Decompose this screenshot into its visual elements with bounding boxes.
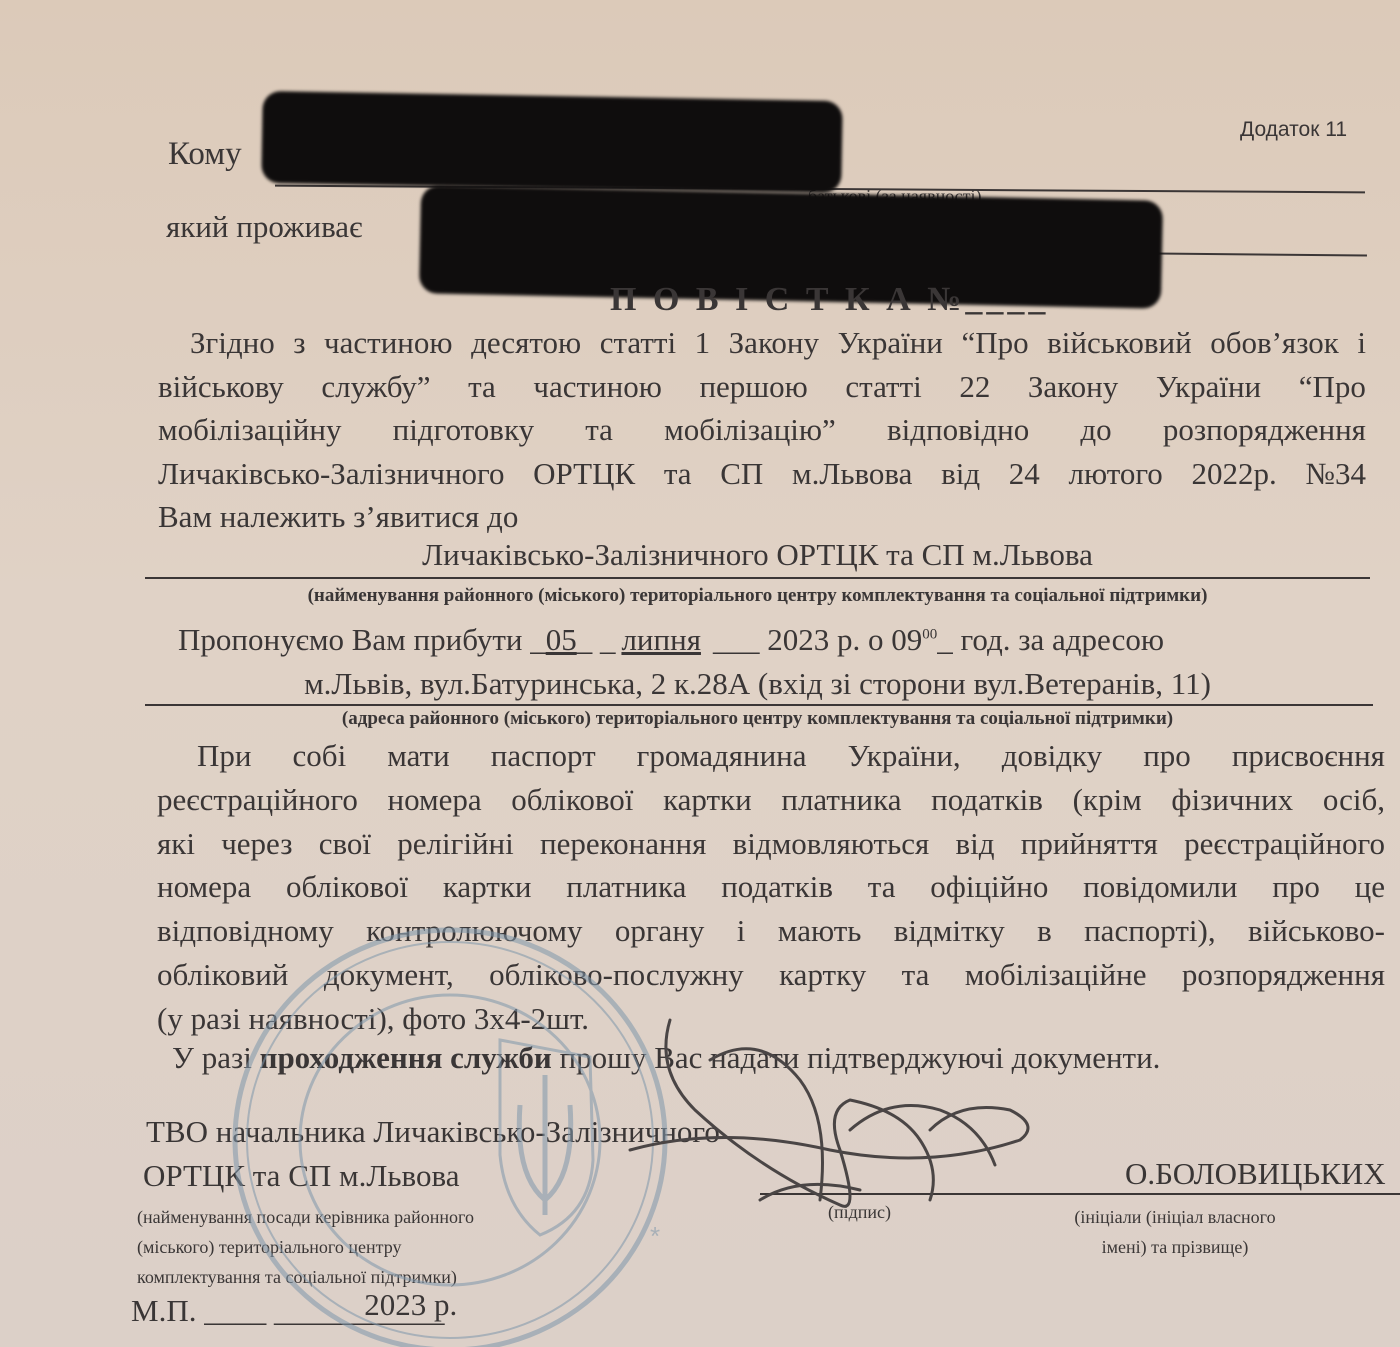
appointment-day: 05 (546, 622, 577, 657)
intro-line: Згіднозчастиноюдесятоюстатті1ЗаконуУкраї… (158, 321, 1366, 365)
signer-caption-line: імені) та прізвище) (1040, 1232, 1310, 1262)
intro-line: мобілізаційнупідготовкутамобілізацію”від… (158, 408, 1366, 452)
intro-line: військовуслужбу”тачастиноюпершоюстатті22… (158, 365, 1366, 409)
signature-scribble-icon (600, 1000, 1050, 1230)
center-name-line (145, 577, 1370, 579)
redaction-bar-name (261, 91, 843, 193)
appointment-address-line (145, 704, 1373, 706)
appointment-year: 2023 р. о (767, 622, 883, 657)
title-number: ____ (965, 281, 1049, 318)
center-name: Личаківсько-Залізничного ОРТЦК та СП м.Л… (145, 537, 1370, 573)
documents-line: якічерезсвоїрелігійніпереконаннявідмовля… (157, 822, 1385, 866)
signer-name: О.БОЛОВИЦЬКИХ (1125, 1156, 1386, 1192)
appointment-suffix: год. за адресою (960, 622, 1164, 657)
signer-name-caption: (ініціали (ініціал власного імені) та пр… (1040, 1202, 1310, 1262)
document-title: П О В І С Т К А №____ (610, 281, 1049, 319)
residence-label: який проживає (166, 209, 362, 245)
center-name-caption: (найменування районного (міського) терит… (145, 585, 1370, 607)
documents-line: ПрисобіматипаспортгромадянинаУкраїни,дов… (157, 734, 1385, 778)
appointment-hour: 09 (891, 622, 922, 657)
appendix-label: Додаток 11 (1240, 118, 1347, 142)
appointment-month: липня (615, 622, 713, 657)
documents-line: номераобліковоїкарткиплатникаподатківтао… (157, 865, 1385, 909)
appointment-address-caption: (адреса районного (міського) територіаль… (145, 708, 1370, 730)
intro-paragraph: Згіднозчастиноюдесятоюстатті1ЗаконуУкраї… (158, 321, 1366, 539)
appointment-prefix: Пропонуємо Вам прибути (178, 622, 522, 657)
title-text: П О В І С Т К А № (610, 281, 965, 318)
intro-line: Вам належить з’явитися до (158, 495, 1366, 539)
signer-caption-line: (ініціали (ініціал власного (1040, 1202, 1310, 1232)
appointment-line: Пропонуємо Вам прибути _05_ _липня___ 20… (178, 622, 1164, 658)
appointment-minutes: 00 (922, 627, 937, 643)
intro-line: Личаківсько-ЗалізничногоОРТЦКтаСПм.Львов… (158, 452, 1366, 496)
recipient-label: Кому (168, 136, 242, 173)
documents-line: реєстраційногономераобліковоїкарткиплатн… (157, 778, 1385, 822)
seal-label: М.П. (131, 1293, 196, 1328)
appointment-address: м.Львів, вул.Батуринська, 2 к.28А (вхід … (145, 666, 1370, 702)
